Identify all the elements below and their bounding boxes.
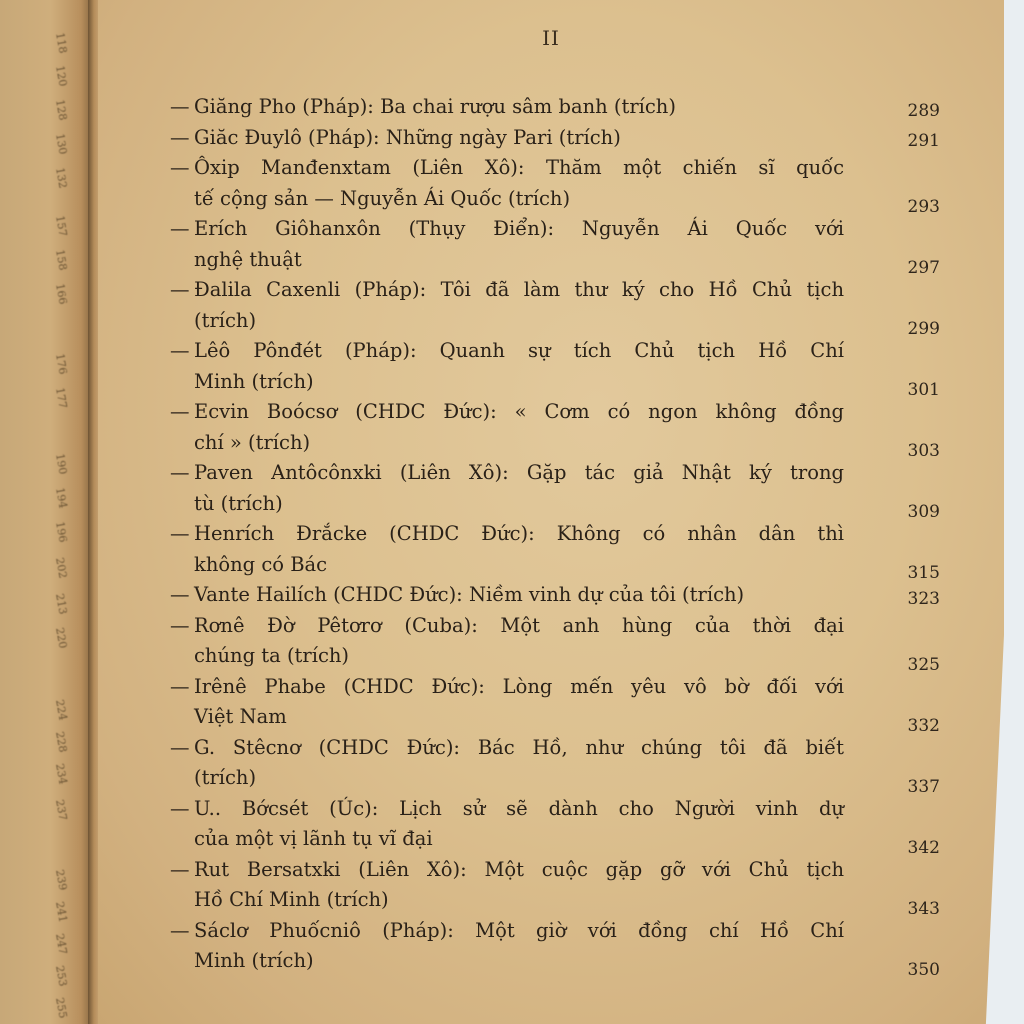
toc-entry-text: chúng ta (trích) bbox=[194, 644, 349, 667]
toc-entry: —Vante Hailích (CHDC Đức): Niềm vinh dự … bbox=[170, 580, 940, 611]
toc-entry: —Irênê Phabe (CHDC Đức): Lòng mến yêu vô… bbox=[170, 672, 940, 733]
toc-entry-text: Sáclơ Phuốcniô (Pháp): Một giờ với đồng … bbox=[194, 919, 844, 942]
toc-entry-text: nghệ thuật bbox=[194, 248, 302, 271]
toc-entry-text: Việt Nam bbox=[194, 705, 287, 728]
em-dash: — bbox=[170, 214, 190, 245]
toc-entry: —Đalila Caxenli (Pháp): Tôi đã làm thư k… bbox=[170, 275, 940, 336]
toc-entry-text: Rut Bersatxki (Liên Xô): Một cuộc gặp gỡ… bbox=[194, 858, 844, 881]
toc-entry-line: —G. Stêcnơ (CHDC Đức): Bác Hồ, như chúng… bbox=[170, 733, 844, 764]
toc-entry-line: —Đalila Caxenli (Pháp): Tôi đã làm thư k… bbox=[170, 275, 844, 306]
toc-entry-line: nghệ thuật bbox=[170, 245, 844, 276]
toc-entry-text: Ecvin Boócsơ (CHDC Đức): « Cơm có ngon k… bbox=[194, 400, 844, 423]
left-page-number: 190 bbox=[53, 453, 69, 473]
toc-entry-line: Việt Nam bbox=[170, 702, 844, 733]
toc-entry-text: Irênê Phabe (CHDC Đức): Lòng mến yêu vô … bbox=[194, 675, 844, 698]
toc-entry-text: (trích) bbox=[194, 766, 256, 789]
toc-entry: —U.. Bớcsét (Úc): Lịch sử sẽ dành cho Ng… bbox=[170, 794, 940, 855]
toc-entry-text: Vante Hailích (CHDC Đức): Niềm vinh dự c… bbox=[194, 583, 744, 606]
em-dash: — bbox=[170, 336, 190, 367]
toc-entry: —Henrích Đrắcke (CHDC Đức): Không có nhâ… bbox=[170, 519, 940, 580]
toc-entry-line: —Ôxip Manđenxtam (Liên Xô): Thăm một chi… bbox=[170, 153, 844, 184]
left-page-number: 247 bbox=[53, 933, 69, 953]
left-page-number: 213 bbox=[53, 593, 69, 613]
left-page-number: 255 bbox=[53, 997, 69, 1017]
toc-entry-text: Đalila Caxenli (Pháp): Tôi đã làm thư ký… bbox=[194, 278, 844, 301]
left-page-number: 130 bbox=[53, 133, 69, 153]
toc-entry: —Giăng Pho (Pháp): Ba chai rượu sâm banh… bbox=[170, 92, 940, 123]
toc-entry-text: của một vị lãnh tụ vĩ đại bbox=[194, 827, 433, 850]
facing-left-page: 1181201281301321571581661761771901941962… bbox=[0, 0, 92, 1024]
left-page-number: 234 bbox=[53, 763, 69, 783]
toc-page-number: 350 bbox=[908, 960, 940, 980]
toc-entry-line: chúng ta (trích) bbox=[170, 641, 844, 672]
left-page-number: 228 bbox=[53, 731, 69, 751]
toc-entry-line: (trích) bbox=[170, 306, 844, 337]
left-page-number: 132 bbox=[53, 167, 69, 187]
left-page-number: 194 bbox=[53, 487, 69, 507]
toc-entry-text: Ôxip Manđenxtam (Liên Xô): Thăm một chiế… bbox=[194, 156, 844, 179]
toc-entry: —G. Stêcnơ (CHDC Đức): Bác Hồ, như chúng… bbox=[170, 733, 940, 794]
toc-entry-text: tế cộng sản — Nguyễn Ái Quốc (trích) bbox=[194, 187, 570, 210]
toc-entry-text: Giăc Đuylô (Pháp): Những ngày Pari (tríc… bbox=[194, 126, 621, 149]
toc-page-number: 291 bbox=[908, 131, 940, 151]
toc-entry-line: —Henrích Đrắcke (CHDC Đức): Không có nhâ… bbox=[170, 519, 844, 550]
toc-entry-line: —Giăng Pho (Pháp): Ba chai rượu sâm banh… bbox=[170, 92, 844, 123]
toc-entry-text: Paven Antôcônxki (Liên Xô): Gặp tác giả … bbox=[194, 461, 844, 484]
book-page: II —Giăng Pho (Pháp): Ba chai rượu sâm b… bbox=[98, 0, 1004, 1024]
toc-entry-text: không có Bác bbox=[194, 553, 327, 576]
em-dash: — bbox=[170, 458, 190, 489]
em-dash: — bbox=[170, 733, 190, 764]
toc-entry-line: —Paven Antôcônxki (Liên Xô): Gặp tác giả… bbox=[170, 458, 844, 489]
left-page-number: 166 bbox=[53, 283, 69, 303]
left-page-number: 196 bbox=[53, 521, 69, 541]
toc-entry-line: —Rut Bersatxki (Liên Xô): Một cuộc gặp g… bbox=[170, 855, 844, 886]
toc-entry-text: U.. Bớcsét (Úc): Lịch sử sẽ dành cho Ngư… bbox=[194, 797, 844, 820]
toc-entry-text: Minh (trích) bbox=[194, 949, 314, 972]
toc-entry-line: —Irênê Phabe (CHDC Đức): Lòng mến yêu vô… bbox=[170, 672, 844, 703]
em-dash: — bbox=[170, 794, 190, 825]
toc-page-number: 323 bbox=[908, 589, 940, 609]
toc-entry-text: Henrích Đrắcke (CHDC Đức): Không có nhân… bbox=[194, 522, 844, 545]
toc-entry: —Rơnê Đờ Pêtơrơ (Cuba): Một anh hùng của… bbox=[170, 611, 940, 672]
toc-entry: —Sáclơ Phuốcniô (Pháp): Một giờ với đồng… bbox=[170, 916, 940, 977]
toc-entry-line: —U.. Bớcsét (Úc): Lịch sử sẽ dành cho Ng… bbox=[170, 794, 844, 825]
toc-entry-line: của một vị lãnh tụ vĩ đại bbox=[170, 824, 844, 855]
toc-entry-text: Erích Giôhanxôn (Thụy Điển): Nguyễn Ái Q… bbox=[194, 217, 844, 240]
toc-entry-line: —Giăc Đuylô (Pháp): Những ngày Pari (trí… bbox=[170, 123, 844, 154]
toc-entry: —Erích Giôhanxôn (Thụy Điển): Nguyễn Ái … bbox=[170, 214, 940, 275]
em-dash: — bbox=[170, 519, 190, 550]
left-page-number: 237 bbox=[53, 799, 69, 819]
toc-entry-text: Hồ Chí Minh (trích) bbox=[194, 888, 389, 911]
em-dash: — bbox=[170, 397, 190, 428]
toc-entry-line: Minh (trích) bbox=[170, 367, 844, 398]
toc-entry-text: G. Stêcnơ (CHDC Đức): Bác Hồ, như chúng … bbox=[194, 736, 844, 759]
toc-entry-line: không có Bác bbox=[170, 550, 844, 581]
em-dash: — bbox=[170, 580, 190, 611]
page-number-header: II bbox=[98, 26, 1004, 50]
left-page-number: 239 bbox=[53, 869, 69, 889]
toc-entry: —Ôxip Manđenxtam (Liên Xô): Thăm một chi… bbox=[170, 153, 940, 214]
em-dash: — bbox=[170, 611, 190, 642]
toc-entry-text: Rơnê Đờ Pêtơrơ (Cuba): Một anh hùng của … bbox=[194, 614, 844, 637]
left-page-number: 177 bbox=[53, 387, 69, 407]
left-page-number: 241 bbox=[53, 901, 69, 921]
toc-entry-line: Hồ Chí Minh (trích) bbox=[170, 885, 844, 916]
toc-entry: —Paven Antôcônxki (Liên Xô): Gặp tác giả… bbox=[170, 458, 940, 519]
toc-page-number: 289 bbox=[908, 101, 940, 121]
toc-entry: —Rut Bersatxki (Liên Xô): Một cuộc gặp g… bbox=[170, 855, 940, 916]
left-page-number: 220 bbox=[53, 627, 69, 647]
toc-entry-text: Giăng Pho (Pháp): Ba chai rượu sâm banh … bbox=[194, 95, 676, 118]
toc-entry-line: tù (trích) bbox=[170, 489, 844, 520]
toc-entry-line: —Erích Giôhanxôn (Thụy Điển): Nguyễn Ái … bbox=[170, 214, 844, 245]
left-page-number: 118 bbox=[53, 32, 69, 52]
em-dash: — bbox=[170, 275, 190, 306]
left-page-number: 202 bbox=[53, 557, 69, 577]
toc-entry-line: —Lêô Pônđét (Pháp): Quanh sự tích Chủ tị… bbox=[170, 336, 844, 367]
toc-entry: —Lêô Pônđét (Pháp): Quanh sự tích Chủ tị… bbox=[170, 336, 940, 397]
left-page-number: 158 bbox=[53, 249, 69, 269]
table-of-contents: —Giăng Pho (Pháp): Ba chai rượu sâm banh… bbox=[170, 92, 940, 977]
toc-entry: —Giăc Đuylô (Pháp): Những ngày Pari (trí… bbox=[170, 123, 940, 154]
toc-entry-line: chí » (trích) bbox=[170, 428, 844, 459]
left-page-number: 253 bbox=[53, 965, 69, 985]
em-dash: — bbox=[170, 123, 190, 154]
toc-entry-text: Lêô Pônđét (Pháp): Quanh sự tích Chủ tịc… bbox=[194, 339, 844, 362]
toc-entry-line: —Ecvin Boócsơ (CHDC Đức): « Cơm có ngon … bbox=[170, 397, 844, 428]
toc-entry-line: —Sáclơ Phuốcniô (Pháp): Một giờ với đồng… bbox=[170, 916, 844, 947]
toc-entry-line: (trích) bbox=[170, 763, 844, 794]
left-page-number: 120 bbox=[53, 65, 69, 85]
toc-entry-text: Minh (trích) bbox=[194, 370, 314, 393]
em-dash: — bbox=[170, 92, 190, 123]
em-dash: — bbox=[170, 916, 190, 947]
toc-entry-text: chí » (trích) bbox=[194, 431, 310, 454]
toc-entry-line: —Vante Hailích (CHDC Đức): Niềm vinh dự … bbox=[170, 580, 844, 611]
left-page-number: 128 bbox=[53, 99, 69, 119]
left-page-number: 176 bbox=[53, 353, 69, 373]
em-dash: — bbox=[170, 153, 190, 184]
toc-entry-line: —Rơnê Đờ Pêtơrơ (Cuba): Một anh hùng của… bbox=[170, 611, 844, 642]
toc-entry-text: tù (trích) bbox=[194, 492, 283, 515]
em-dash: — bbox=[170, 855, 190, 886]
left-page-number: 224 bbox=[53, 699, 69, 719]
toc-entry-line: Minh (trích) bbox=[170, 946, 844, 977]
em-dash: — bbox=[170, 672, 190, 703]
toc-entry-line: tế cộng sản — Nguyễn Ái Quốc (trích) bbox=[170, 184, 844, 215]
toc-entry-text: (trích) bbox=[194, 309, 256, 332]
toc-entry: —Ecvin Boócsơ (CHDC Đức): « Cơm có ngon … bbox=[170, 397, 940, 458]
left-page-number: 157 bbox=[53, 215, 69, 235]
